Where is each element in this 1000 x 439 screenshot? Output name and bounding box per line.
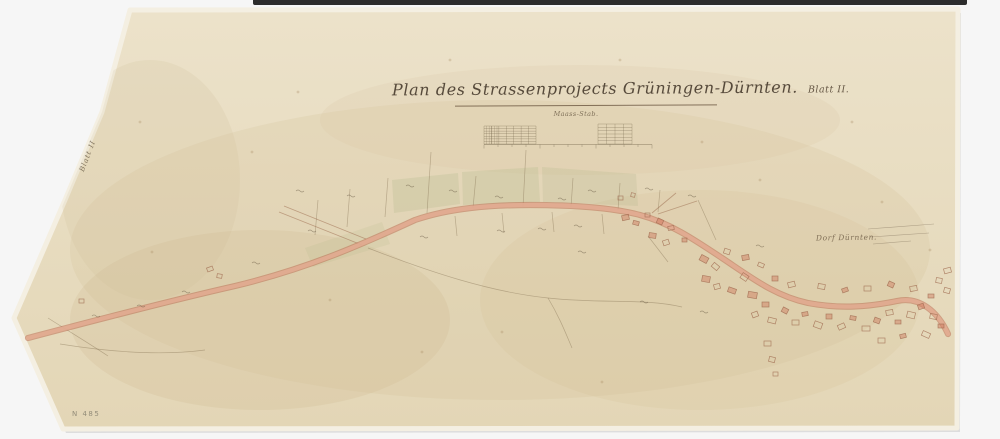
plan-title-main: Plan des Strassenprojects Grüningen-Dürn… — [392, 78, 798, 100]
plan-drawing — [0, 0, 1000, 439]
scanned-map-page: Plan des Strassenprojects Grüningen-Dürn… — [0, 0, 1000, 439]
village-place-label: Dorf Dürnten. — [816, 232, 877, 242]
plan-title-sheet-number: Blatt II. — [808, 84, 849, 95]
archive-number-stamp: N 485 — [72, 410, 100, 418]
plan-title: Plan des Strassenprojects Grüningen-Dürn… — [392, 78, 792, 100]
scale-bar-label: Maass-Stab. — [536, 110, 616, 118]
